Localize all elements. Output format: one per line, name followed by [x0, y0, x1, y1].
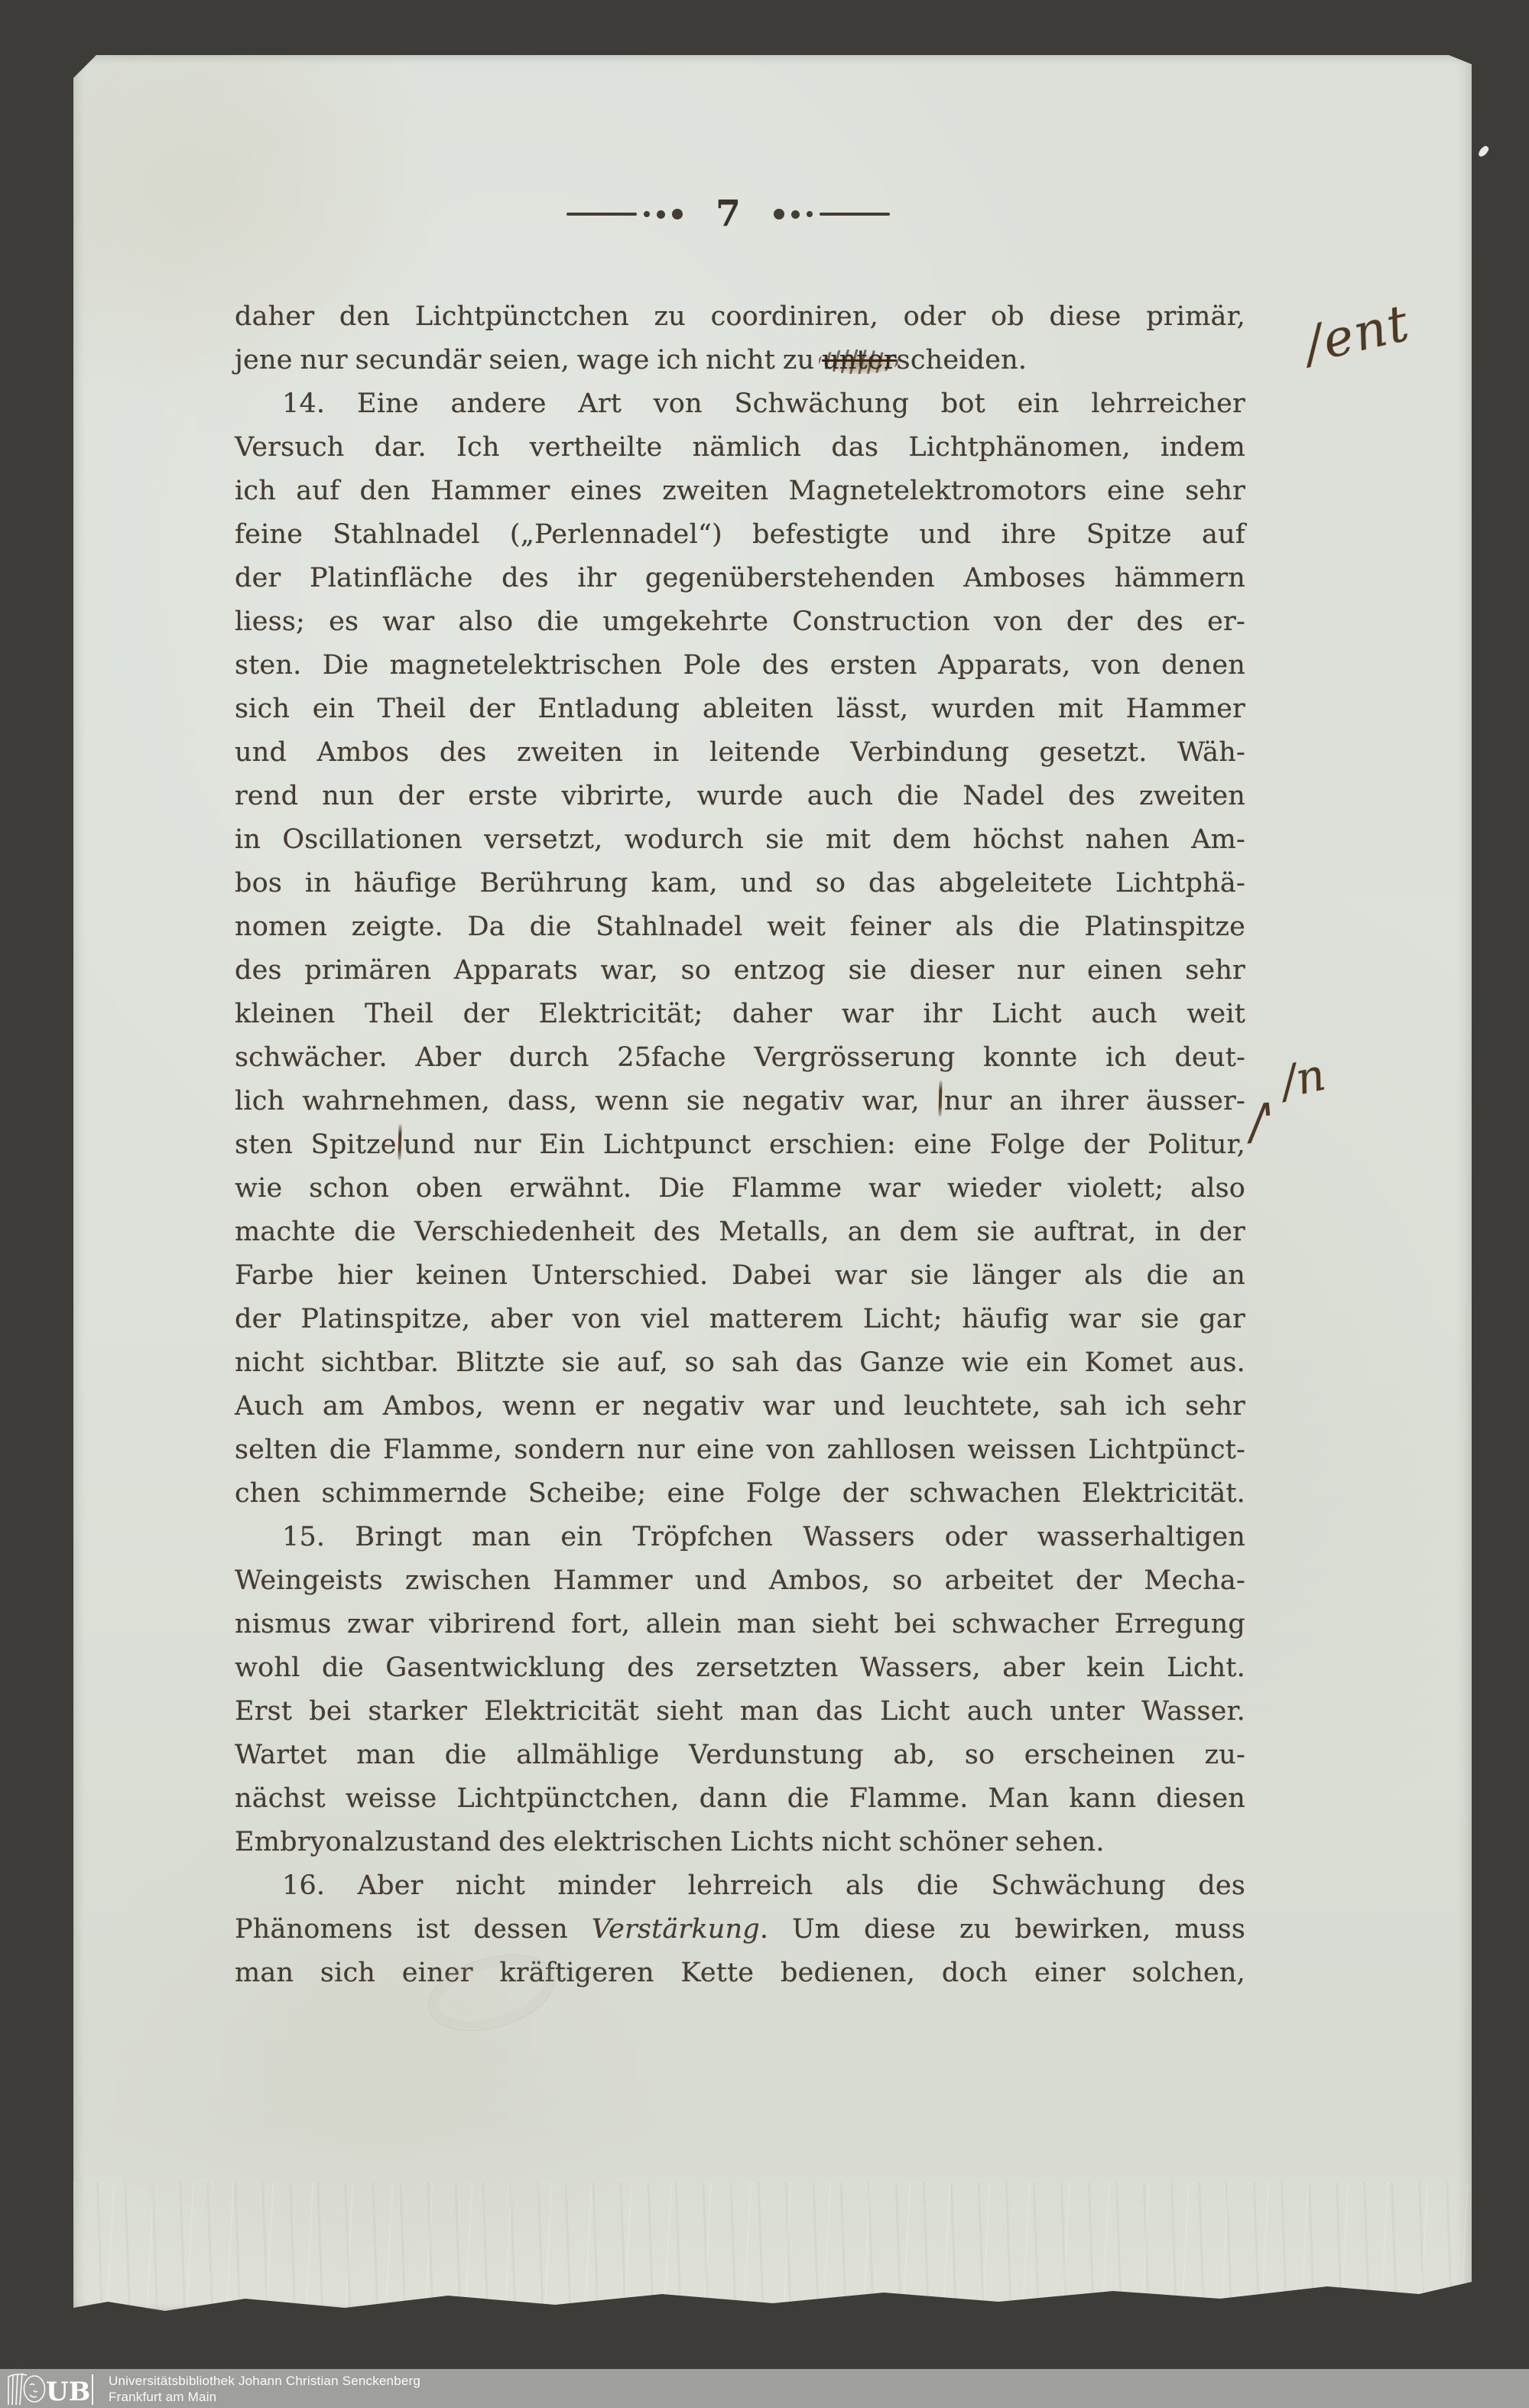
ornament-bead	[672, 209, 683, 219]
library-watermark-bar: UB Universitätsbibliothek Johann Christi…	[0, 2369, 1529, 2408]
text-line: sten. Die magnetelektrischen Pole des er…	[235, 644, 1245, 687]
page-text: daher den Lichtpünctchen zu coordiniren,…	[235, 295, 1245, 1995]
scanned-page-view: 7 daher den Lichtpünctchen zu coordinire…	[0, 0, 1529, 2408]
text-line: wohl die Gasentwicklung des zersetzten W…	[235, 1646, 1245, 1690]
text-line: ich auf den Hammer eines zweiten Magnete…	[235, 470, 1245, 513]
text-line: nismus zwar vibrirend fort, allein man s…	[235, 1603, 1245, 1646]
text-line: Embryonalzustand des elektrischen Lichts…	[235, 1821, 1245, 1864]
text-line: Wartet man die allmählige Verdunstung ab…	[235, 1734, 1245, 1777]
ornament-bead	[791, 210, 800, 219]
text-line: feine Stahlnadel („Perlennadel“) befesti…	[235, 513, 1245, 557]
text-line: des primären Apparats war, so entzog sie…	[235, 949, 1245, 993]
ornament-rule-right	[820, 213, 890, 216]
crossed-out-word: unter	[822, 345, 897, 375]
text-line: wie schon oben erwähnt. Die Flamme war w…	[235, 1167, 1245, 1210]
text-line: Farbe hier keinen Unterschied. Dabei war…	[235, 1254, 1245, 1298]
text-line: 14. Eine andere Art von Schwächung bot e…	[235, 382, 1245, 426]
text-line: man sich einer kräftigeren Kette bediene…	[235, 1951, 1245, 1995]
page-header-ornament: 7	[73, 199, 1472, 229]
text-line: 16. Aber nicht minder lehrreich als die …	[235, 1864, 1245, 1908]
text-line: sten Spitzeund nur Ein Lichtpunct erschi…	[235, 1123, 1245, 1167]
handwritten-ink-stroke	[398, 1124, 401, 1160]
text-line: chen schimmernde Scheibe; eine Folge der…	[235, 1472, 1245, 1516]
page-number: 7	[716, 199, 741, 229]
text-line: daher den Lichtpünctchen zu coordiniren,…	[235, 295, 1245, 339]
text-line: Auch am Ambos, wenn er negativ war und l…	[235, 1385, 1245, 1428]
book-page: 7 daher den Lichtpünctchen zu coordinire…	[73, 55, 1472, 2312]
text-line: der Platinspitze, aber von viel matterem…	[235, 1298, 1245, 1341]
ornament-bead	[774, 209, 784, 219]
library-watermark-text: Universitätsbibliothek Johann Christian …	[109, 2373, 420, 2405]
text-line: machte die Verschiedenheit des Metalls, …	[235, 1210, 1245, 1254]
text-line: Phänomens ist dessen Verstärkung. Um die…	[235, 1908, 1245, 1951]
text-line: Weingeists zwischen Hammer und Ambos, so…	[235, 1559, 1245, 1603]
ornament-bead	[644, 211, 650, 217]
scan-artifact-speck	[1477, 145, 1490, 158]
ub-logo-text: UB	[46, 2377, 90, 2406]
handwritten-ink-stroke	[938, 1081, 942, 1116]
text-line: rend nun der erste vibrirte, wurde auch …	[235, 775, 1245, 818]
text-line: 15. Bringt man ein Tröpfchen Wassers ode…	[235, 1516, 1245, 1559]
text-line: und Ambos des zweiten in leitende Verbin…	[235, 731, 1245, 775]
text-line: sich ein Theil der Entladung ableiten lä…	[235, 687, 1245, 731]
text-line: nomen zeigte. Da die Stahlnadel weit fei…	[235, 905, 1245, 949]
text-line: der Platinfläche des ihr gegenüberstehen…	[235, 557, 1245, 600]
text-line: selten die Flamme, sondern nur eine von …	[235, 1428, 1245, 1472]
paper-wrinkles	[73, 2182, 1472, 2312]
ornament-bead	[657, 210, 665, 219]
library-location: Frankfurt am Main	[109, 2389, 420, 2405]
margin-annotation-tick: /'	[1247, 1093, 1274, 1150]
ub-logo: UB	[6, 2371, 96, 2406]
text-line: lich wahrnehmen, dass, wenn sie negativ …	[235, 1080, 1245, 1123]
ornament-rule-left	[566, 213, 637, 216]
text-line: nächst weisse Lichtpünctchen, dann die F…	[235, 1777, 1245, 1821]
text-line: schwächer. Aber durch 25fache Vergrösser…	[235, 1036, 1245, 1080]
text-line: nicht sichtbar. Blitzte sie auf, so sah …	[235, 1341, 1245, 1385]
text-line: kleinen Theil der Elektricität; daher wa…	[235, 993, 1245, 1036]
library-name: Universitätsbibliothek Johann Christian …	[109, 2373, 420, 2389]
text-line: bos in häufige Berührung kam, und so das…	[235, 862, 1245, 905]
text-line: liess; es war also die umgekehrte Constr…	[235, 600, 1245, 644]
text-line: Erst bei starker Elektricität sieht man …	[235, 1690, 1245, 1734]
text-line: Versuch dar. Ich vertheilte nämlich das …	[235, 426, 1245, 470]
ornament-bead	[807, 211, 813, 217]
text-line: in Oscillationen versetzt, wodurch sie m…	[235, 818, 1245, 862]
text-line: jene nur secundär seien, wage ich nicht …	[235, 339, 1245, 382]
italic-word: Verstärkung	[592, 1914, 760, 1945]
